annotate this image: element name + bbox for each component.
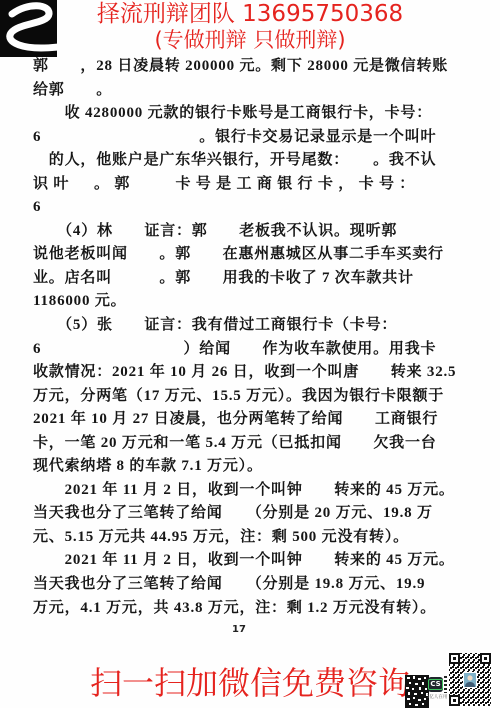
text-line: 当天我也分了三笔转了给闻 （分别是 20 万元、19.8 万 bbox=[33, 502, 457, 526]
text-line: 1186000 元。 bbox=[33, 290, 457, 314]
text-line: 识 叶 。 郭 卡 号 是 工 商 银 行 卡 ， 卡 号 ： bbox=[33, 173, 457, 197]
qr-avatar bbox=[463, 672, 477, 688]
text-line: 现代索纳塔 8 的车款 7.1 万元）。 bbox=[33, 455, 457, 479]
scanned-document-page: 择流刑辩团队 13695750368 (专做刑辩 只做刑辩) 郭 ，28 日凌晨… bbox=[0, 0, 500, 708]
text-line: 2021 年 11 月 2 日，收到一个叫钟 转来的 45 万元。 bbox=[33, 549, 457, 573]
text-line: 收款情况：2021 年 10 月 26 日，收到一个叫唐 转来 32.5 bbox=[33, 361, 457, 385]
ad-header-subtitle: (专做刑辩 只做刑辩) bbox=[0, 28, 500, 53]
ad-header-title: 择流刑辩团队 13695750368 bbox=[0, 1, 500, 28]
text-line: 6 bbox=[33, 196, 457, 220]
text-line: 万元，4.1 万元，共 43.8 万元，注：剩 1.2 万元没有转）。 bbox=[33, 597, 457, 621]
document-body: 郭 ，28 日凌晨转 200000 元。剩下 28000 元是微信转账给郭 。 … bbox=[33, 55, 457, 620]
footer-cta: 扫一扫加微信免费咨询 bbox=[90, 658, 410, 704]
camscanner-badge-icon: CS bbox=[428, 677, 443, 692]
camscanner-cs-label: CS bbox=[428, 679, 442, 690]
text-line: 收 4280000 元款的银行卡账号是工商银行卡，卡号： bbox=[33, 102, 457, 126]
text-line: 的人，他账户是广东华兴银行，开号尾数： 。我不认 bbox=[33, 149, 457, 173]
text-line: 元、5.15 万元共 44.95 万元，注：剩 500 元没有转）。 bbox=[33, 526, 457, 550]
camscanner-caption: 3亿人在用 bbox=[426, 694, 448, 700]
text-line: 业。店名叫 。郭 用我的卡收了 7 次车款共计 bbox=[33, 267, 457, 291]
text-line: 当天我也分了三笔转了给闻 （分别是 19.8 万元、19.9 bbox=[33, 573, 457, 597]
qr-code-large-icon bbox=[447, 651, 493, 708]
text-line: 卡，一笔 20 万元和一笔 5.4 万元（已抵扣闻 欠我一台 bbox=[33, 432, 457, 456]
text-line: （4）林 证言：郭 老板我不认识。现听郭 bbox=[33, 220, 457, 244]
text-line: 给郭 。 bbox=[33, 79, 457, 103]
qr-code-small-icon bbox=[405, 675, 429, 708]
text-line: 郭 ，28 日凌晨转 200000 元。剩下 28000 元是微信转账 bbox=[33, 55, 457, 79]
text-line: 说他老板叫闻 。郭 在惠州惠城区从事二手车买卖行 bbox=[33, 243, 457, 267]
text-line: 2021 年 10 月 27 日凌晨，也分两笔转了给闻 工商银行 bbox=[33, 408, 457, 432]
text-line: 万元，分两笔（17 万元、15.5 万元）。我因为银行卡限额于 bbox=[33, 385, 457, 409]
text-line: 6 ）给闻 作为收车款使用。用我卡 bbox=[33, 338, 457, 362]
page-number: 17 bbox=[0, 624, 478, 635]
ad-header: 择流刑辩团队 13695750368 (专做刑辩 只做刑辩) bbox=[0, 1, 500, 53]
text-line: 6 。银行卡交易记录显示是一个叫叶 bbox=[33, 126, 457, 150]
text-line: 2021 年 11 月 2 日，收到一个叫钟 转来的 45 万元。 bbox=[33, 479, 457, 503]
text-line: （5）张 证言：我有借过工商银行卡（卡号： bbox=[33, 314, 457, 338]
